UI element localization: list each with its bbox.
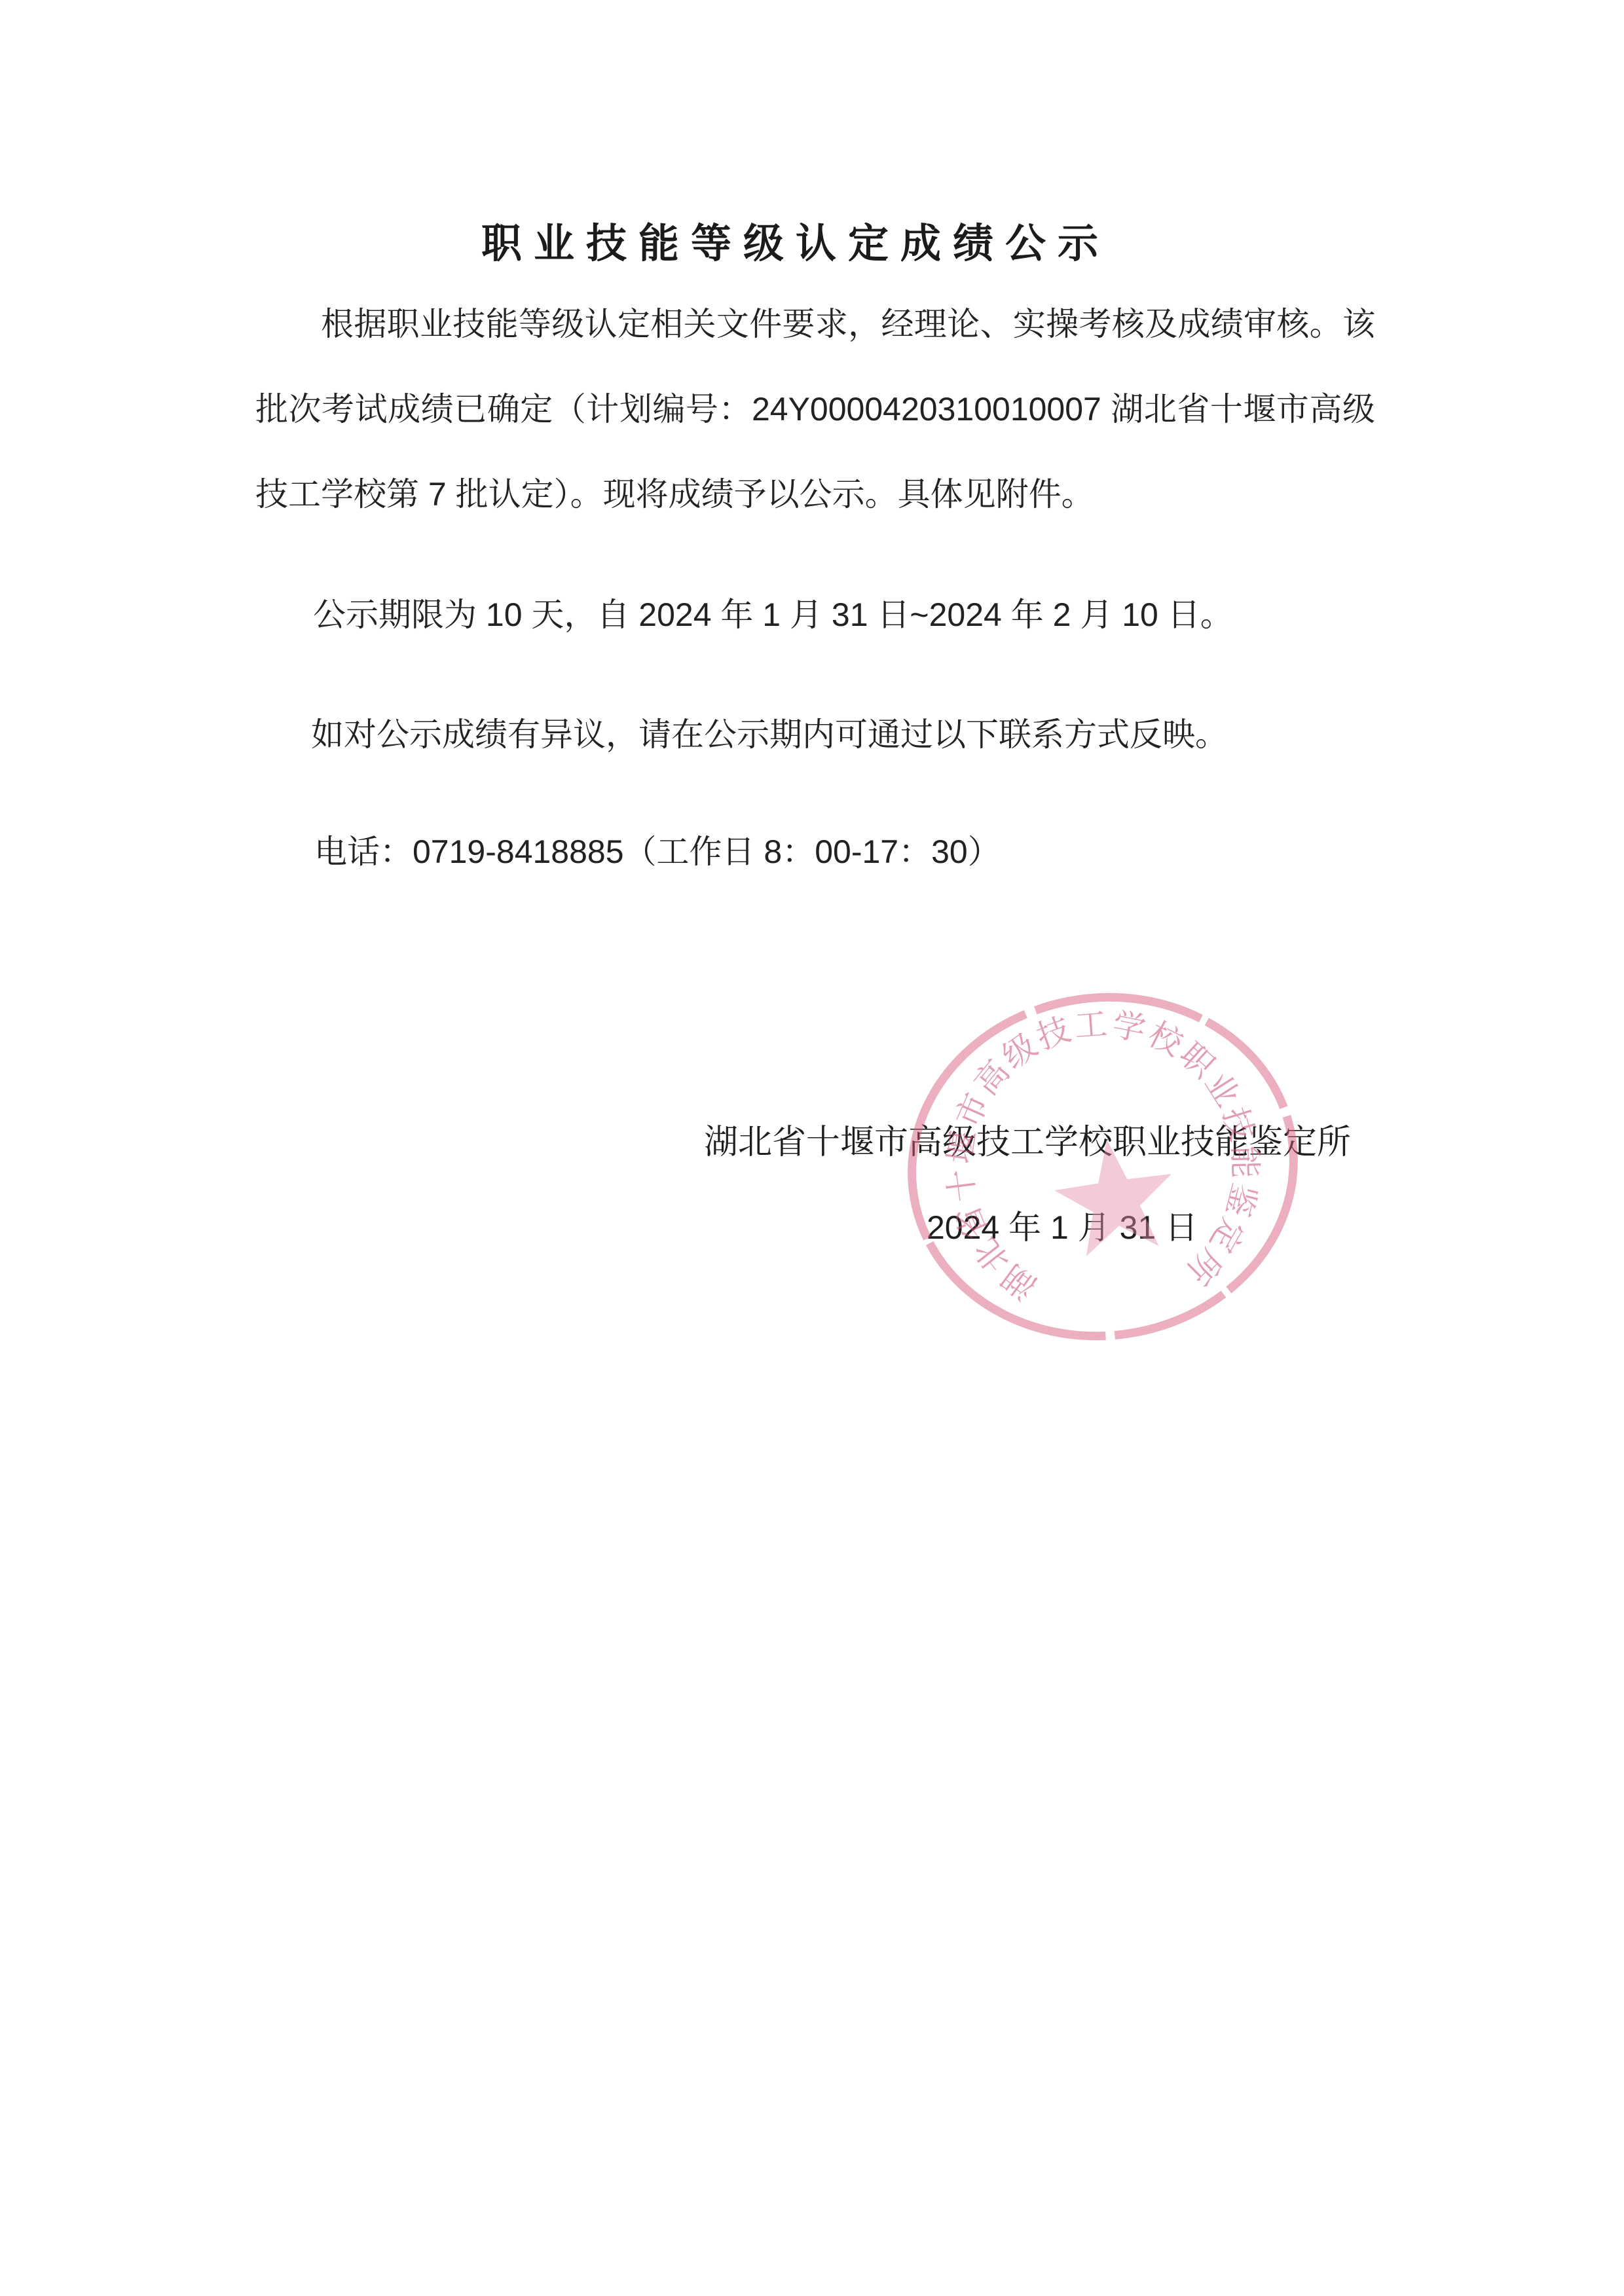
body-paragraph-objection-notice: 如对公示成绩有异议，请在公示期内可通过以下联系方式反映。 bbox=[255, 692, 1375, 777]
body-paragraph-contact-phone: 电话：0719-8418885（工作日 8：00-17：30） bbox=[255, 809, 1375, 894]
signature-organization: 湖北省十堰市高级技工学校职业技能鉴定所 bbox=[704, 1100, 1351, 1185]
paragraph-line: 批次考试成绩已确定（计划编号：24Y0000420310010007 湖北省十堰… bbox=[255, 367, 1375, 452]
signature-date: 2024 年 1 月 31 日 bbox=[927, 1185, 1198, 1270]
body-paragraph-publicity-period: 公示期限为 10 天，自 2024 年 1 月 31 日~2024 年 2 月 … bbox=[255, 572, 1375, 657]
paragraph-line: 技工学校第 7 批认定）。现将成绩予以公示。具体见附件。 bbox=[255, 452, 1375, 537]
body-paragraph-intro: 根据职业技能等级认定相关文件要求，经理论、实操考核及成绩审核。该 批次考试成绩已… bbox=[255, 282, 1375, 537]
page-title: 职业技能等级认定成绩公示 bbox=[255, 211, 1336, 269]
paragraph-line: 根据职业技能等级认定相关文件要求，经理论、实操考核及成绩审核。该 bbox=[255, 282, 1375, 367]
scanned-announcement-page: 职业技能等级认定成绩公示 根据职业技能等级认定相关文件要求，经理论、实操考核及成… bbox=[0, 0, 1624, 2296]
